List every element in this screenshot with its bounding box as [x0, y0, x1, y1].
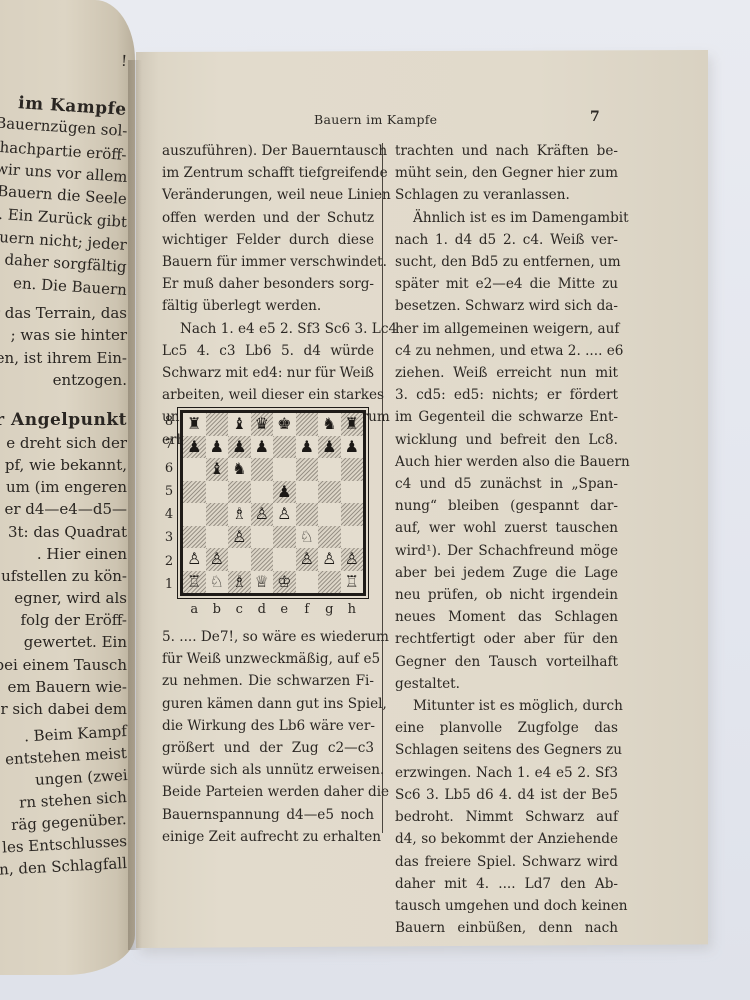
- left-page-heading: t der Angelpunkt: [0, 410, 127, 430]
- square-c4: ♗: [228, 503, 251, 526]
- rank-label: 2: [162, 550, 176, 573]
- square-b5: [206, 481, 229, 504]
- left-page-line: !: [120, 52, 127, 70]
- square-h7: ♟: [341, 436, 364, 459]
- left-page-line: r das Terrain, das: [0, 304, 127, 322]
- left-page-line: . Beim Kampf: [24, 722, 128, 745]
- file-label: e: [273, 602, 296, 617]
- left-page-line: uern nicht; jeder: [0, 228, 128, 254]
- text-line: 5. .... De7!, so wäre es wiederum: [162, 626, 374, 648]
- rank-label: 4: [162, 503, 176, 526]
- text-line: tausch umgehen und doch keinen: [395, 895, 618, 917]
- text-line: sucht, den Bd5 zu entfernen, um: [395, 251, 618, 273]
- text-line: Schwarz mit ed4: nur für Weiß: [162, 362, 374, 384]
- left-page-line: ; was sie hinter: [11, 326, 127, 344]
- text-line: daher mit 4. .... Ld7 den Ab-: [395, 873, 618, 895]
- square-g7: ♟: [318, 436, 341, 459]
- text-line: besetzen. Schwarz wird sich da-: [395, 295, 618, 317]
- left-column-text-bottom: 5. .... De7!, so wäre es wiederumfür Wei…: [162, 626, 374, 848]
- square-g1: [318, 571, 341, 594]
- square-b7: ♟: [206, 436, 229, 459]
- square-f4: [296, 503, 319, 526]
- text-line: offen werden und der Schutz: [162, 207, 374, 229]
- square-b1: ♘: [206, 571, 229, 594]
- text-line: her im allgemeinen weigern, auf: [395, 318, 618, 340]
- square-g8: ♞: [318, 413, 341, 436]
- square-a6: [183, 458, 206, 481]
- text-line: ziehen. Weiß erreicht nun mit: [395, 362, 618, 384]
- square-b3: [206, 526, 229, 549]
- square-d5: [251, 481, 274, 504]
- left-page-line: . Hier einen: [37, 545, 127, 563]
- square-b8: [206, 413, 229, 436]
- left-page-line: chachpartie eröff-: [0, 138, 128, 164]
- text-line: wichtiger Felder durch diese: [162, 229, 374, 251]
- square-h2: ♙: [341, 548, 364, 571]
- square-d6: [251, 458, 274, 481]
- text-line: Schlagen seitens des Gegners zu: [395, 739, 618, 761]
- square-a3: [183, 526, 206, 549]
- left-page-line: n, den Schlagfall: [0, 854, 127, 879]
- file-label: h: [341, 602, 364, 617]
- square-e1: ♔: [273, 571, 296, 594]
- square-a4: [183, 503, 206, 526]
- square-c8: ♝: [228, 413, 251, 436]
- file-label: g: [318, 602, 341, 617]
- text-line: Schlagen zu veranlassen.: [395, 184, 618, 206]
- square-h5: [341, 481, 364, 504]
- square-d1: ♕: [251, 571, 274, 594]
- text-line: das freiere Spiel. Schwarz wird: [395, 851, 618, 873]
- left-page-line: en. Die Bauern: [13, 274, 128, 299]
- left-page-line: folg der Eröff-: [20, 611, 127, 629]
- text-line: bedroht. Nimmt Schwarz auf: [395, 806, 618, 828]
- column-divider: [382, 143, 383, 833]
- left-page-line: gewertet. Ein: [24, 633, 127, 651]
- square-e5: ♟: [273, 481, 296, 504]
- left-facing-page: !im KampfeBauernzügen sol-chachpartie er…: [0, 0, 135, 975]
- text-line: gestaltet.: [395, 673, 618, 695]
- text-line: Veränderungen, weil neue Linien: [162, 184, 374, 206]
- file-label: b: [206, 602, 229, 617]
- left-page-line: egner, wird als: [14, 589, 127, 607]
- square-b2: ♙: [206, 548, 229, 571]
- square-f1: [296, 571, 319, 594]
- square-g5: [318, 481, 341, 504]
- text-line: einige Zeit aufrecht zu erhalten: [162, 826, 374, 848]
- left-page-line: rn stehen sich: [19, 788, 128, 812]
- left-page-line: ufstellen zu kön-: [1, 567, 127, 585]
- left-page-line: ungen (zwei: [34, 766, 127, 789]
- file-labels: abcdefgh: [183, 602, 363, 617]
- text-line: neues Moment das Schlagen: [395, 606, 618, 628]
- square-a5: [183, 481, 206, 504]
- square-f2: ♙: [296, 548, 319, 571]
- left-page-line: Bauern die Seele: [0, 182, 128, 208]
- text-line: aber bei jedem Zuge die Lage: [395, 562, 618, 584]
- file-label: d: [251, 602, 274, 617]
- square-c6: ♞: [228, 458, 251, 481]
- rank-label: 7: [162, 433, 176, 456]
- text-line: die Wirkung des Lb6 wäre ver-: [162, 715, 374, 737]
- text-line: für Weiß unzweckmäßig, auf e5: [162, 648, 374, 670]
- square-a1: ♖: [183, 571, 206, 594]
- square-f6: [296, 458, 319, 481]
- text-line: Beide Parteien werden daher die: [162, 781, 374, 803]
- text-line: fältig überlegt werden.: [162, 295, 374, 317]
- rank-labels: 87654321: [162, 410, 176, 596]
- text-line: c4 zu nehmen, und etwa 2. .... e6: [395, 340, 618, 362]
- text-line: Lc5 4. c3 Lb6 5. d4 würde: [162, 340, 374, 362]
- text-line: nach 1. d4 d5 2. c4. Weiß ver-: [395, 229, 618, 251]
- text-line: erzwingen. Nach 1. e4 e5 2. Sf3: [395, 762, 618, 784]
- square-h4: [341, 503, 364, 526]
- left-page-line: en, ist ihrem Ein-: [0, 349, 127, 367]
- text-line: guren kämen dann gut ins Spiel,: [162, 693, 374, 715]
- square-g6: [318, 458, 341, 481]
- text-line: Mitunter ist es möglich, durch: [395, 695, 618, 717]
- text-line: Bauern für immer verschwindet.: [162, 251, 374, 273]
- page-number: 7: [590, 109, 600, 125]
- square-d7: ♟: [251, 436, 274, 459]
- square-e4: ♙: [273, 503, 296, 526]
- square-e7: [273, 436, 296, 459]
- square-g4: [318, 503, 341, 526]
- square-d4: ♙: [251, 503, 274, 526]
- text-line: Ähnlich ist es im Damengambit: [395, 207, 618, 229]
- rank-label: 8: [162, 410, 176, 433]
- text-line: Bauernspannung d4—e5 noch: [162, 804, 374, 826]
- text-line: wicklung und befreit den Lc8.: [395, 429, 618, 451]
- text-line: c4 und d5 zunächst in „Span-: [395, 473, 618, 495]
- left-page-line: entzogen.: [53, 371, 127, 389]
- text-line: arbeiten, weil dieser ein starkes: [162, 384, 374, 406]
- text-line: Er muß daher besonders sorg-: [162, 273, 374, 295]
- square-e6: [273, 458, 296, 481]
- text-line: auszuführen). Der Bauerntausch: [162, 140, 374, 162]
- text-line: später mit e2—e4 die Mitte zu: [395, 273, 618, 295]
- left-page-line: em Bauern wie-: [7, 678, 127, 696]
- square-c1: ♗: [228, 571, 251, 594]
- square-c5: [228, 481, 251, 504]
- running-head: Bauern im Kampfe: [314, 112, 437, 127]
- left-page-line: entstehen meist: [5, 744, 128, 768]
- text-line: im Gegenteil die schwarze Ent-: [395, 406, 618, 428]
- text-line: rechtfertigt oder aber für den: [395, 628, 618, 650]
- text-line: Gegner den Tausch vorteilhaft: [395, 651, 618, 673]
- left-page-line: pf, wie bekannt,: [5, 456, 127, 474]
- chess-diagram: 87654321 ♜♝♛♚♞♜♟♟♟♟♟♟♟♝♞♟♗♙♙♙♘♙♙♙♙♙♖♘♗♕♔…: [162, 406, 372, 616]
- left-page-line: les Entschlusses: [2, 832, 128, 857]
- rank-label: 1: [162, 573, 176, 596]
- text-line: d4, so bekommt der Anziehende: [395, 828, 618, 850]
- left-page-line: . Ein Zurück gibt: [0, 205, 128, 231]
- text-line: eine planvolle Zugfolge das: [395, 717, 618, 739]
- square-d3: [251, 526, 274, 549]
- left-page-line: 3t: das Quadrat: [8, 523, 127, 541]
- text-line: Nach 1. e4 e5 2. Sf3 Sc6 3. Lc4: [162, 318, 374, 340]
- square-e2: [273, 548, 296, 571]
- text-line: trachten und nach Kräften be-: [395, 140, 618, 162]
- rank-label: 3: [162, 526, 176, 549]
- file-label: c: [228, 602, 251, 617]
- left-page-line: bei einem Tausch: [0, 656, 127, 674]
- left-page-line: räg gegenüber.: [11, 810, 127, 834]
- text-line: 3. cd5: ed5: nichts; er fördert: [395, 384, 618, 406]
- text-line: zu nehmen. Die schwarzen Fi-: [162, 670, 374, 692]
- square-h3: [341, 526, 364, 549]
- file-label: f: [296, 602, 319, 617]
- square-c3: ♙: [228, 526, 251, 549]
- text-line: Bauern einbüßen, denn nach: [395, 917, 618, 939]
- text-line: Auch hier werden also die Bauern: [395, 451, 618, 473]
- square-c7: ♟: [228, 436, 251, 459]
- square-h8: ♜: [341, 413, 364, 436]
- square-e3: [273, 526, 296, 549]
- square-e8: ♚: [273, 413, 296, 436]
- text-line: im Zentrum schafft tiefgreifende: [162, 162, 374, 184]
- left-column-text-top: auszuführen). Der Bauerntauschim Zentrum…: [162, 140, 374, 451]
- square-d8: ♛: [251, 413, 274, 436]
- text-line: müht sein, den Gegner hier zum: [395, 162, 618, 184]
- book-spine-shadow: [128, 60, 142, 950]
- left-page-line: er sich dabei dem: [0, 700, 127, 718]
- chess-board: ♜♝♛♚♞♜♟♟♟♟♟♟♟♝♞♟♗♙♙♙♘♙♙♙♙♙♖♘♗♕♔♖: [180, 410, 366, 596]
- file-label: a: [183, 602, 206, 617]
- rank-label: 5: [162, 480, 176, 503]
- square-f7: ♟: [296, 436, 319, 459]
- text-line: auf, wer wohl zuerst tauschen: [395, 517, 618, 539]
- square-f8: [296, 413, 319, 436]
- square-a8: ♜: [183, 413, 206, 436]
- right-column-text: trachten und nach Kräften be-müht sein, …: [395, 140, 618, 939]
- text-line: wird¹). Der Schachfreund möge: [395, 540, 618, 562]
- square-h1: ♖: [341, 571, 364, 594]
- square-g3: [318, 526, 341, 549]
- square-g2: ♙: [318, 548, 341, 571]
- rank-label: 6: [162, 457, 176, 480]
- square-c2: [228, 548, 251, 571]
- left-page-line: e dreht sich der: [6, 434, 127, 452]
- square-d2: [251, 548, 274, 571]
- square-a2: ♙: [183, 548, 206, 571]
- text-line: würde sich als unnütz erweisen.: [162, 759, 374, 781]
- left-page-line: 3 daher sorgfältig: [0, 249, 128, 276]
- left-page-line: um (im engeren: [6, 478, 127, 496]
- square-a7: ♟: [183, 436, 206, 459]
- text-line: Sc6 3. Lb5 d6 4. d4 ist der Be5: [395, 784, 618, 806]
- square-h6: [341, 458, 364, 481]
- square-b6: ♝: [206, 458, 229, 481]
- text-line: größert und der Zug c2—c3: [162, 737, 374, 759]
- square-f5: [296, 481, 319, 504]
- text-line: nung“ bleiben (gespannt dar-: [395, 495, 618, 517]
- square-b4: [206, 503, 229, 526]
- square-f3: ♘: [296, 526, 319, 549]
- left-page-line: wir uns vor allem: [0, 160, 128, 186]
- left-page-line: er d4—e4—d5—: [4, 500, 127, 518]
- text-line: neu prüfen, ob nicht irgendein: [395, 584, 618, 606]
